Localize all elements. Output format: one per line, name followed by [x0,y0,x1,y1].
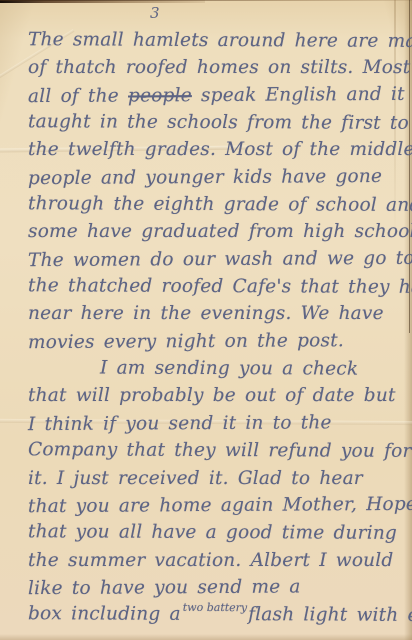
letter-line: near here in the evenings. We have [28,300,398,327]
letter-line: The small hamlets around here are made [28,26,398,55]
paper-shadow-bottom [0,634,412,640]
line-text: flash light with extra [248,604,412,626]
letter-line: The women do our wash and we go to [28,245,398,275]
letter-line: all of the people speak English and it i… [28,81,398,111]
letter-line: Company that they will refund you for [28,436,398,465]
letter-line: box including atwo batteryflash light wi… [28,600,398,629]
letter-line: of thatch roofed homes on stilts. Most [28,54,398,81]
letter-line: movies every night on the post. [28,327,398,357]
letter-line: the twelfth grades. Most of the middle a… [28,136,398,163]
letter-line: some have graduated from high school. [28,218,398,245]
letter-scan-page: 3 The small hamlets around here are made… [0,0,412,640]
line-text: all of the [28,85,128,107]
letter-line: the thatched roofed Cafe's that they hav… [28,272,398,301]
letter-line: that will probably be out of date but [28,382,398,409]
letter-line: that you all have a good time during [28,518,398,547]
letter-line: people and younger kids have gone [28,163,398,193]
letter-line: like to have you send me a [28,573,398,603]
struck-out-word: people [128,85,192,106]
letter-line: it. I just received it. Glad to hear [28,465,398,492]
inserted-words-above-line: two battery [183,602,247,613]
letter-body: The small hamlets around here are made o… [28,27,398,629]
letter-line: the summer vacation. Albert I would [28,547,398,574]
letter-line: I think if you send it in to the [28,409,398,439]
letter-line: that you are home again Mother, Hope [28,491,398,521]
page-number: 3 [150,4,160,22]
letter-line: taught in the schools from the first to [28,108,398,137]
line-text: speak English and it is [192,83,412,105]
scan-edge-line-top [0,0,412,1]
letter-line-paragraph-start: I am sending you a check [28,354,398,383]
line-text: box including a [28,603,181,625]
letter-line: through the eighth grade of school and [28,190,398,219]
